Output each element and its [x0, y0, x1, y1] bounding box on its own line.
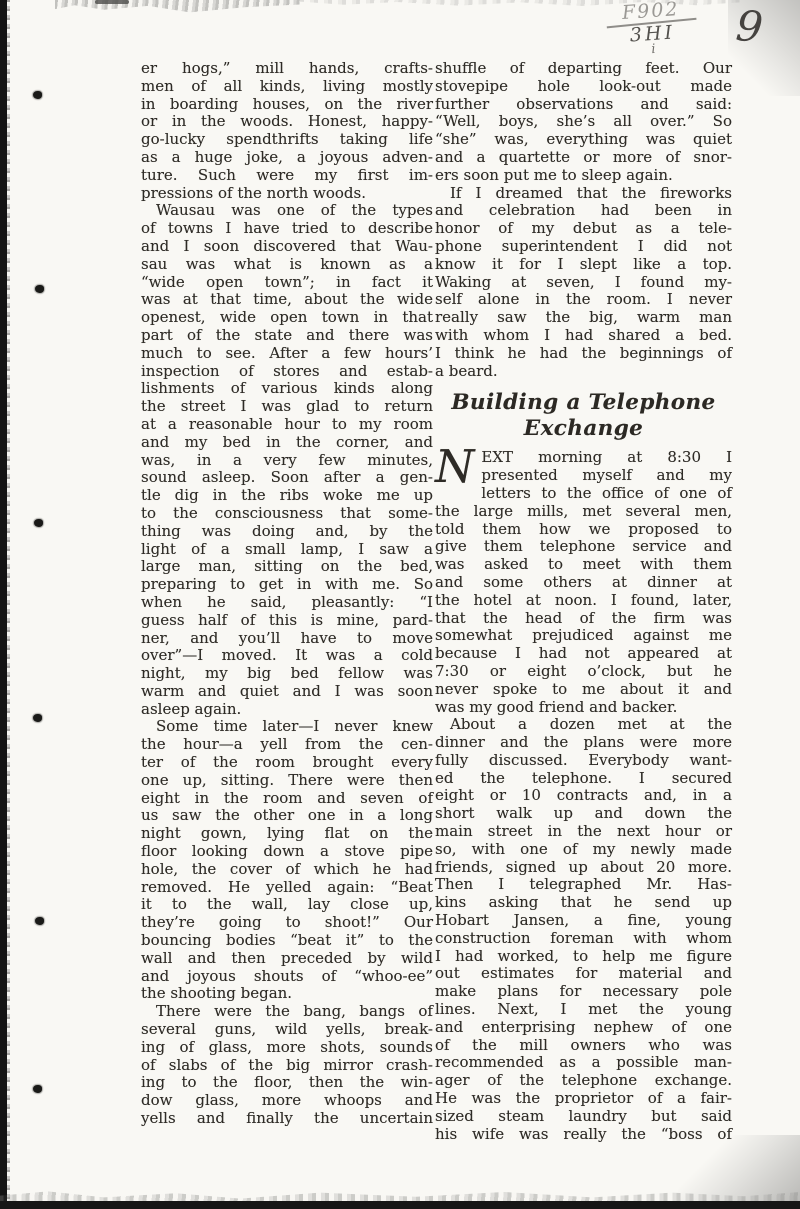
binding-dot: [33, 91, 42, 99]
section-heading-line: Building a Telephone: [435, 390, 732, 416]
scan-edge-left-fuzz: [7, 0, 10, 1209]
text-line: large man, sitting on the bed,: [141, 558, 433, 576]
text-line: it to the wall, lay close up,: [141, 896, 433, 914]
binding-dot: [33, 1085, 42, 1093]
text-line: somewhat prejudiced against me: [435, 627, 732, 645]
text-line: several guns, wild yells, break-: [141, 1021, 433, 1039]
text-line: and I soon discovered that Wau-: [141, 238, 433, 256]
text-line: at a reasonable hour to my room: [141, 416, 433, 434]
text-line: as a huge joke, a joyous adven-: [141, 149, 433, 167]
text-line: sized steam laundry but said: [435, 1108, 732, 1126]
text-line: preparing to get in with me. So: [141, 576, 433, 594]
text-line: ner, and you’ll have to move: [141, 630, 433, 648]
text-line: About a dozen met at the: [435, 716, 732, 734]
scan-corner-bottom-right: [678, 1135, 800, 1201]
handwritten-page-number: 9: [734, 5, 764, 49]
paragraph: There were the bang, bangs ofseveral gun…: [141, 1003, 433, 1128]
text-line: night gown, lying flat on the: [141, 825, 433, 843]
text-line: ers soon put me to sleep again.: [435, 167, 732, 185]
text-line: If I dreamed that the fireworks: [435, 185, 732, 203]
text-line: He was the proprietor of a fair-: [435, 1090, 732, 1108]
text-line: because I had not appeared at: [435, 645, 732, 663]
text-line: ter of the room brought every: [141, 754, 433, 772]
text-line: further observations and said:: [435, 96, 732, 114]
text-line: short walk up and down the: [435, 805, 732, 823]
text-line: construction foreman with whom: [435, 930, 732, 948]
text-line: hole, the cover of which he had: [141, 861, 433, 879]
text-line: removed. He yelled again: “Beat: [141, 879, 433, 897]
text-line: Then I telegraphed Mr. Has-: [435, 876, 732, 894]
text-line: the large mills, met several men,: [435, 503, 732, 521]
text-line: Waking at seven, I found my-: [435, 274, 732, 292]
paragraph: Wausau was one of the typesof towns I ha…: [141, 202, 433, 718]
text-line: recommended as a possible man-: [435, 1054, 732, 1072]
text-line: of towns I have tried to describe: [141, 220, 433, 238]
text-line: his wife was really the “boss of: [435, 1126, 732, 1144]
text-line: lines. Next, I met the young: [435, 1001, 732, 1019]
text-line: pressions of the north woods.: [141, 185, 433, 203]
scan-noise-top: [55, 0, 300, 13]
text-line: was, in a very few minutes,: [141, 452, 433, 470]
text-line: eight in the room and seven of: [141, 790, 433, 808]
text-line: “wide open town”; in fact it: [141, 274, 433, 292]
scan-smudge: [95, 0, 129, 4]
text-line: openest, wide open town in that: [141, 309, 433, 327]
text-line: told them how we proposed to: [435, 521, 732, 539]
text-line: give them telephone service and: [435, 538, 732, 556]
text-line: honor of my debut as a tele-: [435, 220, 732, 238]
text-line: never spoke to me about it and: [435, 681, 732, 699]
text-line: ture. Such were my first im-: [141, 167, 433, 185]
section-heading-line: Exchange: [435, 416, 732, 442]
text-line: lishments of various kinds along: [141, 380, 433, 398]
text-line: ager of the telephone exchange.: [435, 1072, 732, 1090]
text-line: There were the bang, bangs of: [141, 1003, 433, 1021]
text-line: and some others at dinner at: [435, 574, 732, 592]
text-line: light of a small lamp, I saw a: [141, 541, 433, 559]
text-line: 7:30 or eight o’clock, but he: [435, 663, 732, 681]
text-line: Wausau was one of the types: [141, 202, 433, 220]
text-line: ed the telephone. I secured: [435, 770, 732, 788]
text-line: tle dig in the ribs woke me up: [141, 487, 433, 505]
text-line: Hobart Jansen, a fine, young: [435, 912, 732, 930]
text-line: night, my big bed fellow was: [141, 665, 433, 683]
text-line: thing was doing and, by the: [141, 523, 433, 541]
text-line: guess half of this is mine, pard-: [141, 612, 433, 630]
binding-dot: [35, 285, 44, 293]
text-line: I had worked, to help me figure: [435, 948, 732, 966]
text-line: ing to the floor, then the win-: [141, 1074, 433, 1092]
text-line: know it for I slept like a top.: [435, 256, 732, 274]
text-line: when he said, pleasantly: “I: [141, 594, 433, 612]
text-line: so, with one of my newly made: [435, 841, 732, 859]
scanned-page: { "document": { "kind": "scanned two-col…: [0, 0, 800, 1209]
text-line: men of all kinds, living mostly: [141, 78, 433, 96]
text-line: wall and then preceded by wild: [141, 950, 433, 968]
text-line: to the consciousness that some-: [141, 505, 433, 523]
paragraph: shuffle of departing feet. Ourstovepipe …: [435, 60, 732, 185]
handwritten-code: F902 3HI i: [608, 0, 695, 58]
text-line: a beard.: [435, 363, 732, 381]
text-line: Some time later—I never knew: [141, 718, 433, 736]
text-line: ing of glass, more shots, sounds: [141, 1039, 433, 1057]
text-line: and a quartette or more of snor-: [435, 149, 732, 167]
scan-edge-left: [0, 0, 7, 1209]
text-line: and enterprising nephew of one: [435, 1019, 732, 1037]
text-line: “Well, boys, she’s all over.” So: [435, 113, 732, 131]
text-line: and joyous shouts of “whoo-ee”: [141, 968, 433, 986]
scan-edge-bottom: [0, 1201, 800, 1209]
paragraph: er hogs,” mill hands, crafts-men of all …: [141, 60, 433, 202]
text-line: of slabs of the big mirror crash-: [141, 1057, 433, 1075]
paragraph: Some time later—I never knewthe hour—a y…: [141, 718, 433, 1003]
paragraph: About a dozen met at thedinner and the p…: [435, 716, 732, 1143]
text-line: shuffle of departing feet. Our: [435, 60, 732, 78]
text-line: make plans for necessary pole: [435, 983, 732, 1001]
text-line: part of the state and there was: [141, 327, 433, 345]
text-line: warm and quiet and I was soon: [141, 683, 433, 701]
text-line: one up, sitting. There were then: [141, 772, 433, 790]
left-column: er hogs,” mill hands, crafts-men of all …: [141, 60, 433, 1128]
binding-dot: [33, 714, 42, 722]
text-line: over”—I moved. It was a cold: [141, 647, 433, 665]
text-line: eight or 10 contracts and, in a: [435, 787, 732, 805]
text-line: and my bed in the corner, and: [141, 434, 433, 452]
text-line: “she” was, everything was quiet: [435, 131, 732, 149]
text-line: that the head of the firm was: [435, 610, 732, 628]
text-line: phone superintendent I did not: [435, 238, 732, 256]
text-line: the hotel at noon. I found, later,: [435, 592, 732, 610]
binding-dot: [34, 519, 43, 527]
text-line: asleep again.: [141, 701, 433, 719]
text-line: go-lucky spendthrifts taking life: [141, 131, 433, 149]
text-line: was at that time, about the wide: [141, 291, 433, 309]
text-line: dow glass, more whoops and: [141, 1092, 433, 1110]
text-line: fully discussed. Everybody want-: [435, 752, 732, 770]
text-line: the street I was glad to return: [141, 398, 433, 416]
paragraph: NEXT morning at 8:30 Ipresented myself a…: [435, 449, 732, 716]
text-line: sound asleep. Soon after a gen-: [141, 469, 433, 487]
text-line: inspection of stores and estab-: [141, 363, 433, 381]
text-line: bouncing bodies “beat it” to the: [141, 932, 433, 950]
text-line: much to see. After a few hours’: [141, 345, 433, 363]
text-line: of the mill owners who was: [435, 1037, 732, 1055]
text-line: and celebration had been in: [435, 202, 732, 220]
text-line: stovepipe hole look-out made: [435, 78, 732, 96]
text-line: friends, signed up about 20 more.: [435, 859, 732, 877]
right-column: shuffle of departing feet. Ourstovepipe …: [435, 60, 732, 1143]
section-heading: Building a TelephoneExchange: [435, 390, 732, 442]
text-line: the shooting began.: [141, 985, 433, 1003]
text-line: or in the woods. Honest, happy-: [141, 113, 433, 131]
paragraph: If I dreamed that the fireworksand celeb…: [435, 185, 732, 381]
text-line: dinner and the plans were more: [435, 734, 732, 752]
drop-cap: N: [435, 449, 481, 485]
text-line: us saw the other one in a long: [141, 807, 433, 825]
text-line: floor looking down a stove pipe: [141, 843, 433, 861]
text-line: er hogs,” mill hands, crafts-: [141, 60, 433, 78]
text-line: self alone in the room. I never: [435, 291, 732, 309]
text-line: I think he had the beginnings of: [435, 345, 732, 363]
text-line: sau was what is known as a: [141, 256, 433, 274]
text-line: was my good friend and backer.: [435, 699, 732, 717]
text-line: the hour—a yell from the cen-: [141, 736, 433, 754]
text-line: out estimates for material and: [435, 965, 732, 983]
binding-dot: [35, 917, 44, 925]
text-line: in boarding houses, on the river: [141, 96, 433, 114]
text-line: really saw the big, warm man: [435, 309, 732, 327]
text-line: they’re going to shoot!” Our: [141, 914, 433, 932]
text-line: kins asking that he send up: [435, 894, 732, 912]
text-line: main street in the next hour or: [435, 823, 732, 841]
text-line: with whom I had shared a bed.: [435, 327, 732, 345]
text-line: letters to the office of one of: [435, 485, 732, 503]
text-line: was asked to meet with them: [435, 556, 732, 574]
text-line: yells and finally the uncertain: [141, 1110, 433, 1128]
